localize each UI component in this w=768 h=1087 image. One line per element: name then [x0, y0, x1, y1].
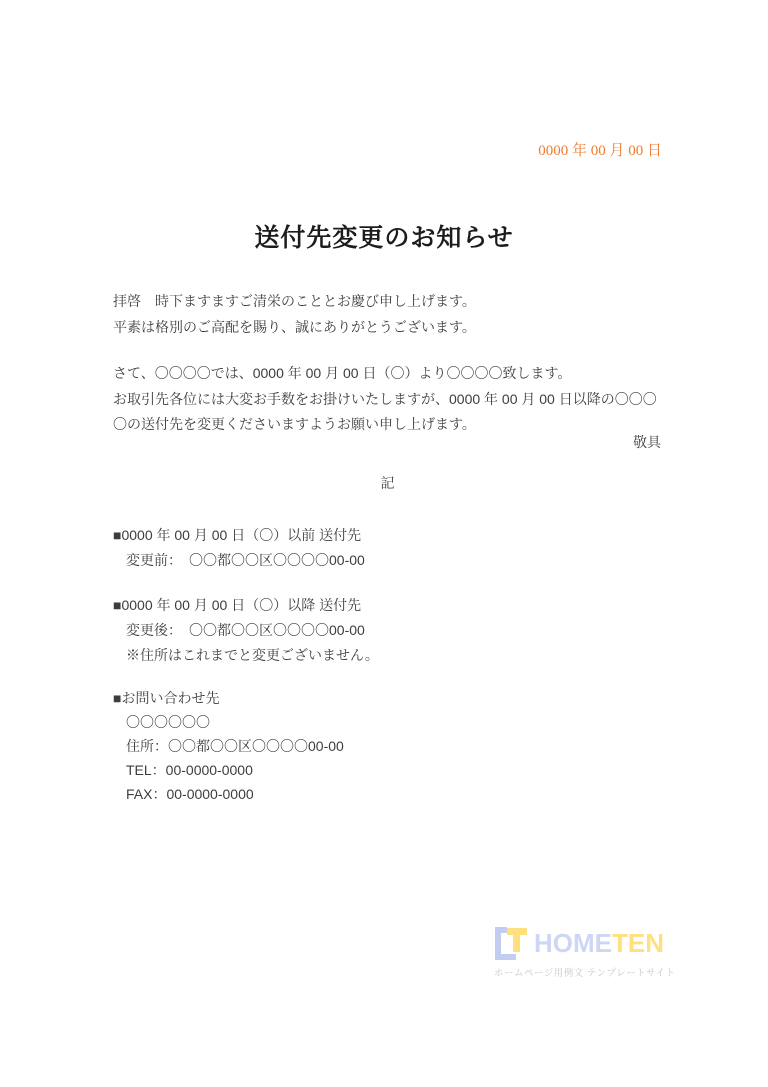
greeting-line: 拝啓 時下ますますご清栄のこととお慶び申し上げます。 [113, 289, 662, 315]
address-before-line: 変更前： 〇〇都〇〇区〇〇〇〇00-00 [113, 548, 662, 573]
greeting-paragraph: 拝啓 時下ますますご清栄のこととお慶び申し上げます。 平素は格別のご高配を賜り、… [113, 289, 662, 340]
section-heading: ■0000 年 00 月 00 日（〇）以降 送付先 [113, 593, 662, 618]
contact-fax-line: FAX：00-0000-0000 [113, 782, 662, 806]
section-after-change: ■0000 年 00 月 00 日（〇）以降 送付先 変更後： 〇〇都〇〇区〇〇… [113, 593, 662, 668]
contact-address-line: 住所：〇〇都〇〇区〇〇〇〇00-00 [113, 734, 662, 758]
logo-text-home: HOME [534, 928, 612, 958]
logo-tagline: ホームページ用例文 テンプレートサイト [494, 965, 674, 979]
document-page: 0000 年 00 月 00 日 送付先変更のお知らせ 拝啓 時下ますますご清栄… [0, 0, 768, 1087]
document-title: 送付先変更のお知らせ [0, 218, 768, 254]
body-line: さて、〇〇〇〇では、0000 年 00 月 00 日（〇）より〇〇〇〇致します。 [113, 361, 662, 387]
document-date: 0000 年 00 月 00 日 [538, 139, 662, 160]
logo-row: HOMETEN [494, 924, 674, 962]
section-heading: ■お問い合わせ先 [113, 686, 662, 710]
body-paragraph: さて、〇〇〇〇では、0000 年 00 月 00 日（〇）より〇〇〇〇致します。… [113, 361, 662, 438]
body-line: お取引先各位には大変お手数をお掛けいたしますが、0000 年 00 月 00 日… [113, 387, 662, 413]
contact-company-line: 〇〇〇〇〇〇 [113, 710, 662, 734]
logo-text-ten: TEN [612, 928, 664, 958]
notation-marker-ki: 記 [113, 471, 662, 497]
logo-wordmark: HOMETEN [534, 930, 664, 956]
address-note-line: ※住所はこれまでと変更ございません。 [113, 643, 662, 668]
hometen-logo: HOMETEN ホームページ用例文 テンプレートサイト [494, 924, 674, 979]
contact-tel-line: TEL：00-0000-0000 [113, 758, 662, 782]
section-heading: ■0000 年 00 月 00 日（〇）以前 送付先 [113, 523, 662, 548]
closing-keigu: 敬具 [113, 430, 662, 456]
address-after-line: 変更後： 〇〇都〇〇区〇〇〇〇00-00 [113, 618, 662, 643]
section-before-change: ■0000 年 00 月 00 日（〇）以前 送付先 変更前： 〇〇都〇〇区〇〇… [113, 523, 662, 573]
house-monogram-icon [494, 924, 528, 962]
section-contact: ■お問い合わせ先 〇〇〇〇〇〇 住所：〇〇都〇〇区〇〇〇〇00-00 TEL：0… [113, 686, 662, 806]
greeting-line: 平素は格別のご高配を賜り、誠にありがとうございます。 [113, 315, 662, 341]
